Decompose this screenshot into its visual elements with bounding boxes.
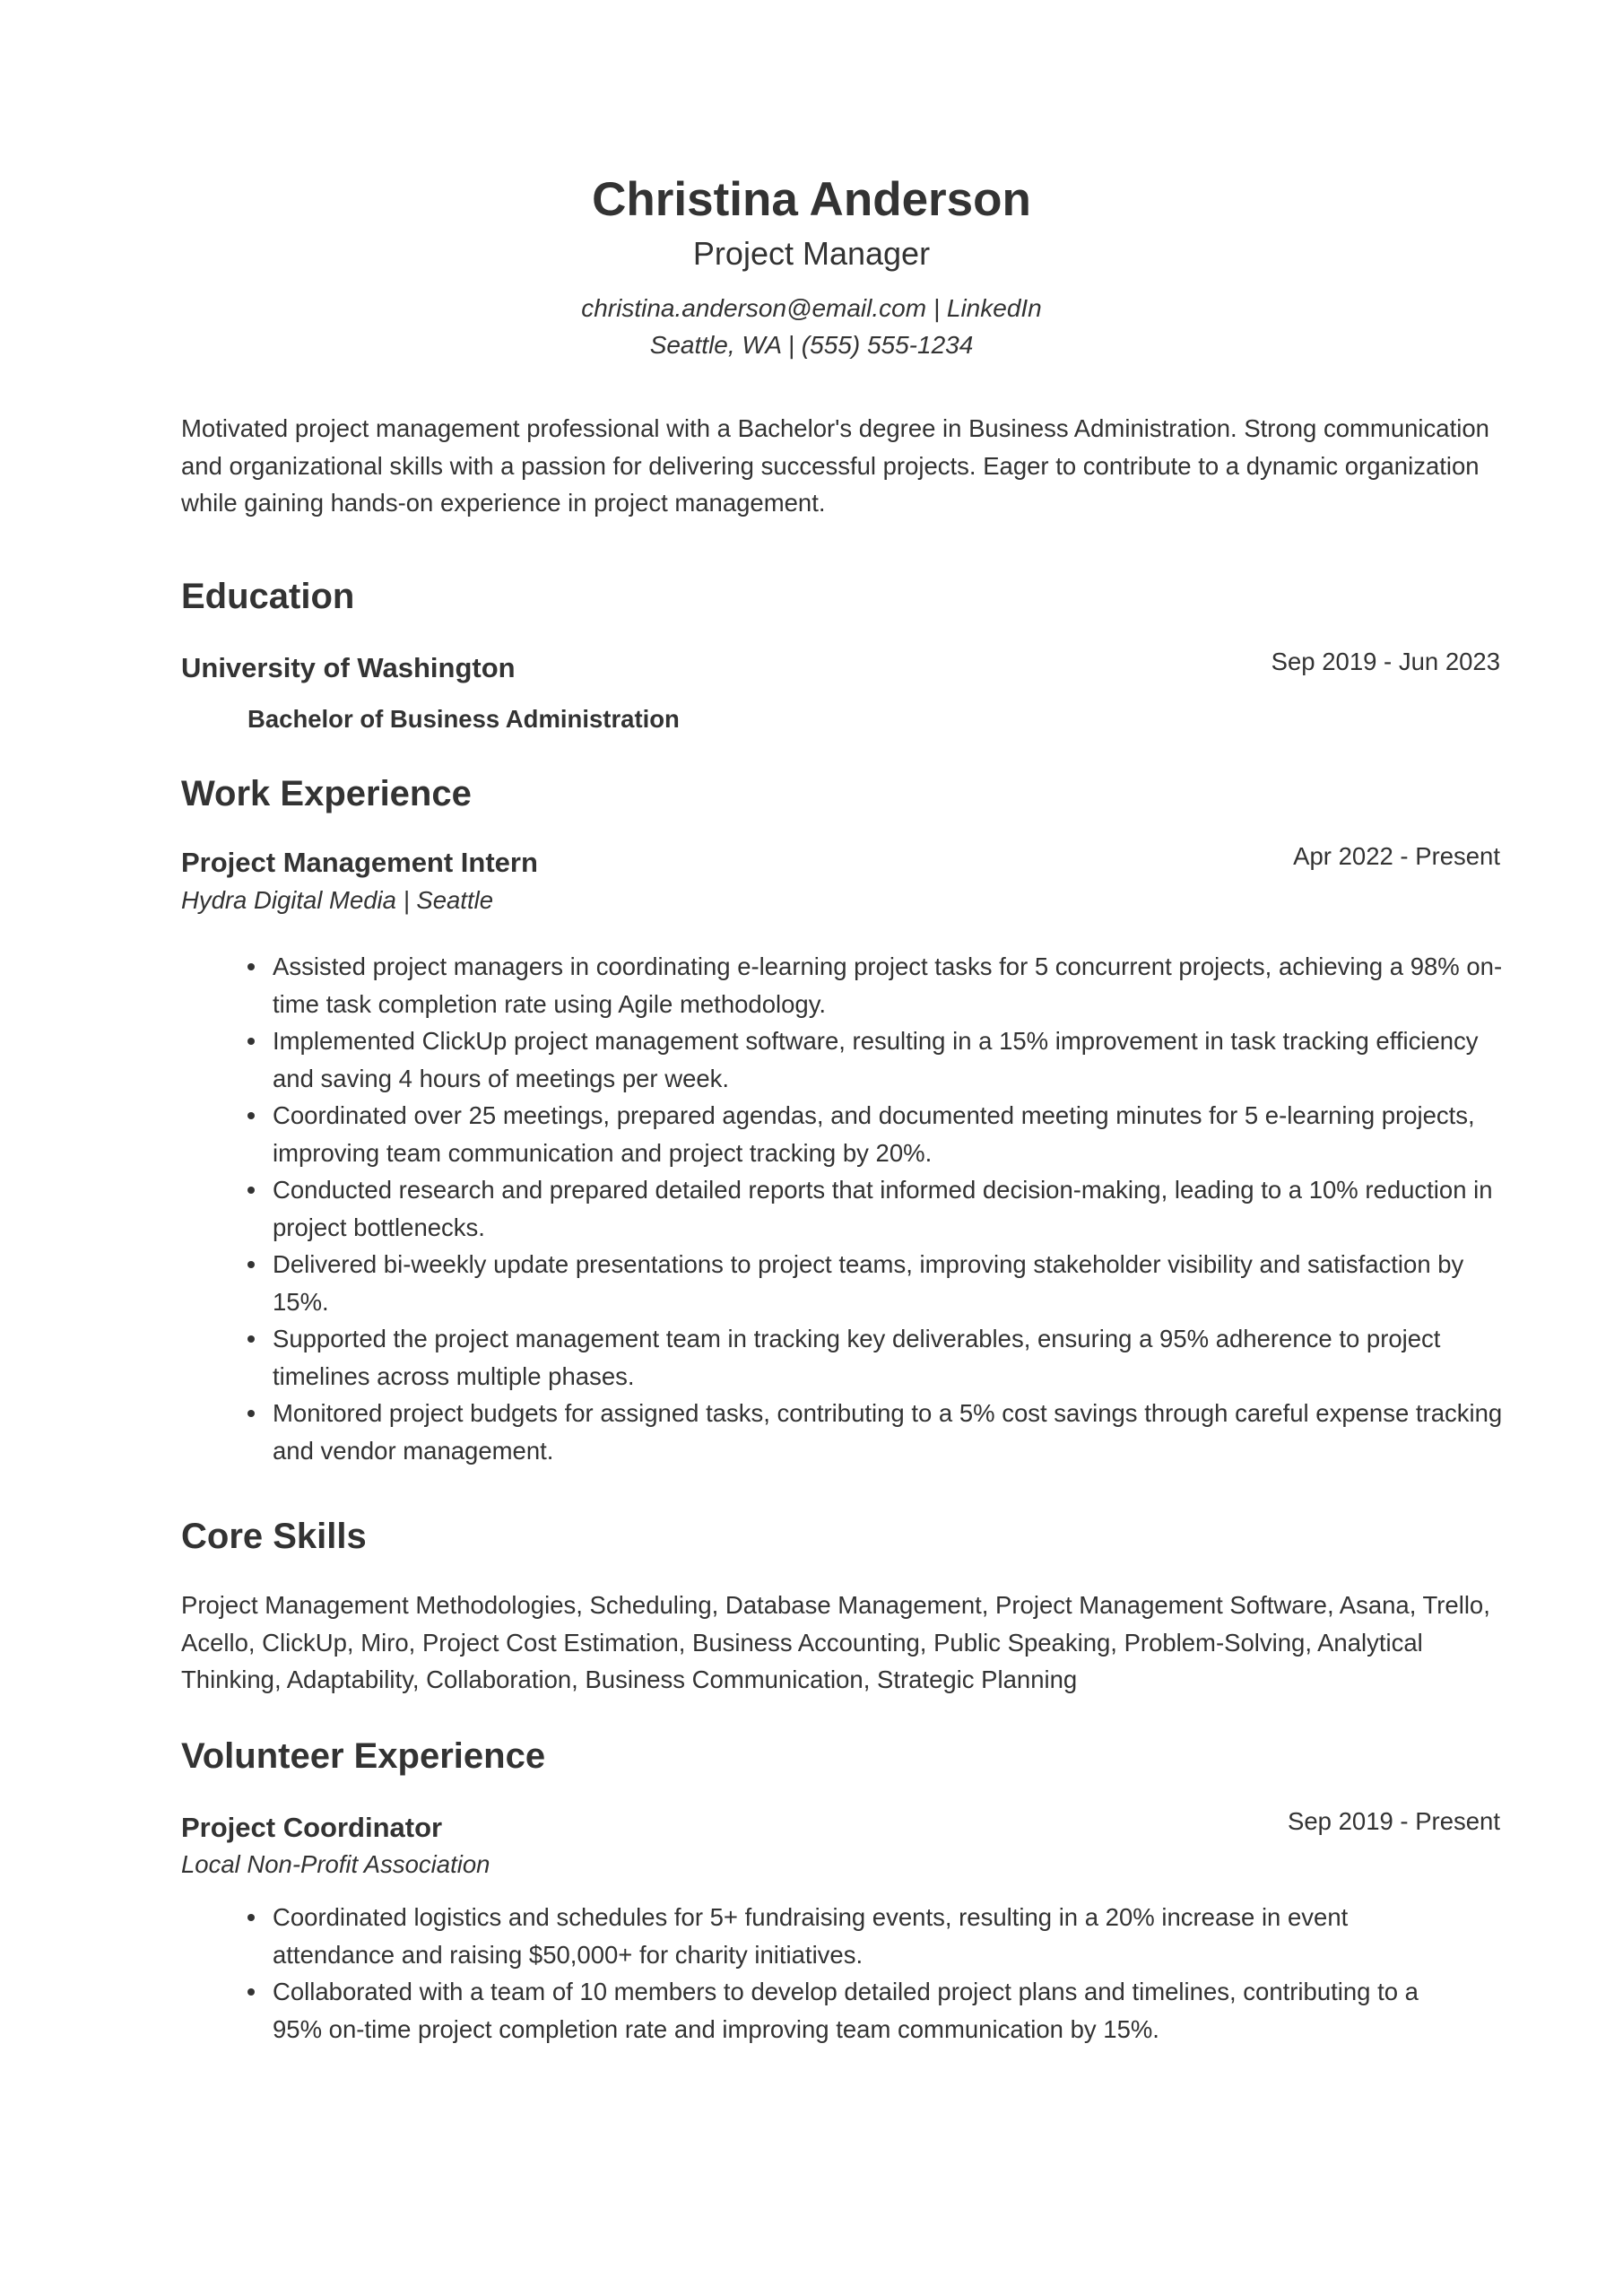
volunteer-organization: Local Non-Profit Association xyxy=(181,1850,490,1879)
volunteer-bullet-list: Coordinated logistics and schedules for … xyxy=(247,1899,1440,2048)
list-item: Coordinated logistics and schedules for … xyxy=(247,1899,1440,1973)
education-degree: Bachelor of Business Administration xyxy=(247,705,680,734)
volunteer-role: Project Coordinator xyxy=(181,1812,442,1844)
work-bullet-list: Assisted project managers in coordinatin… xyxy=(247,948,1503,1469)
section-heading-core-skills: Core Skills xyxy=(181,1517,367,1557)
bullet-icon xyxy=(247,1914,255,1921)
bullet-text: Collaborated with a team of 10 members t… xyxy=(273,1978,1419,2043)
bullet-text: Supported the project management team in… xyxy=(273,1325,1440,1390)
work-dates: Apr 2022 - Present xyxy=(1293,842,1500,871)
bullet-icon xyxy=(247,963,255,970)
education-dates: Sep 2019 - Jun 2023 xyxy=(1271,648,1500,676)
bullet-text: Conducted research and prepared detailed… xyxy=(273,1176,1493,1241)
work-company: Hydra Digital Media | Seattle xyxy=(181,886,493,915)
bullet-icon xyxy=(247,1261,255,1268)
bullet-icon xyxy=(247,1988,255,1996)
job-title: Project Manager xyxy=(0,235,1623,273)
section-heading-volunteer-experience: Volunteer Experience xyxy=(181,1736,545,1777)
bullet-icon xyxy=(247,1410,255,1417)
bullet-text: Coordinated logistics and schedules for … xyxy=(273,1903,1348,1969)
list-item: Delivered bi-weekly update presentations… xyxy=(247,1246,1503,1320)
list-item: Coordinated over 25 meetings, prepared a… xyxy=(247,1097,1503,1171)
bullet-text: Coordinated over 25 meetings, prepared a… xyxy=(273,1101,1475,1167)
candidate-name: Christina Anderson xyxy=(0,172,1623,227)
section-heading-work-experience: Work Experience xyxy=(181,774,472,814)
bullet-icon xyxy=(247,1335,255,1343)
list-item: Conducted research and prepared detailed… xyxy=(247,1171,1503,1246)
list-item: Monitored project budgets for assigned t… xyxy=(247,1395,1503,1469)
bullet-text: Delivered bi-weekly update presentations… xyxy=(273,1250,1463,1316)
list-item: Assisted project managers in coordinatin… xyxy=(247,948,1503,1022)
bullet-text: Assisted project managers in coordinatin… xyxy=(273,952,1502,1018)
section-heading-education: Education xyxy=(181,577,354,617)
list-item: Supported the project management team in… xyxy=(247,1320,1503,1395)
bullet-icon xyxy=(247,1112,255,1119)
bullet-text: Implemented ClickUp project management s… xyxy=(273,1027,1479,1092)
list-item: Implemented ClickUp project management s… xyxy=(247,1022,1503,1097)
bullet-icon xyxy=(247,1187,255,1194)
work-role: Project Management Intern xyxy=(181,847,538,879)
skills-list: Project Management Methodologies, Schedu… xyxy=(181,1587,1508,1699)
bullet-text: Monitored project budgets for assigned t… xyxy=(273,1399,1502,1465)
list-item: Collaborated with a team of 10 members t… xyxy=(247,1973,1440,2048)
contact-location-phone: Seattle, WA | (555) 555-1234 xyxy=(0,331,1623,360)
professional-summary: Motivated project management professiona… xyxy=(181,410,1508,522)
contact-email-linkedin: christina.anderson@email.com | LinkedIn xyxy=(0,294,1623,323)
bullet-icon xyxy=(247,1038,255,1045)
education-school: University of Washington xyxy=(181,652,516,684)
volunteer-dates: Sep 2019 - Present xyxy=(1288,1807,1500,1836)
